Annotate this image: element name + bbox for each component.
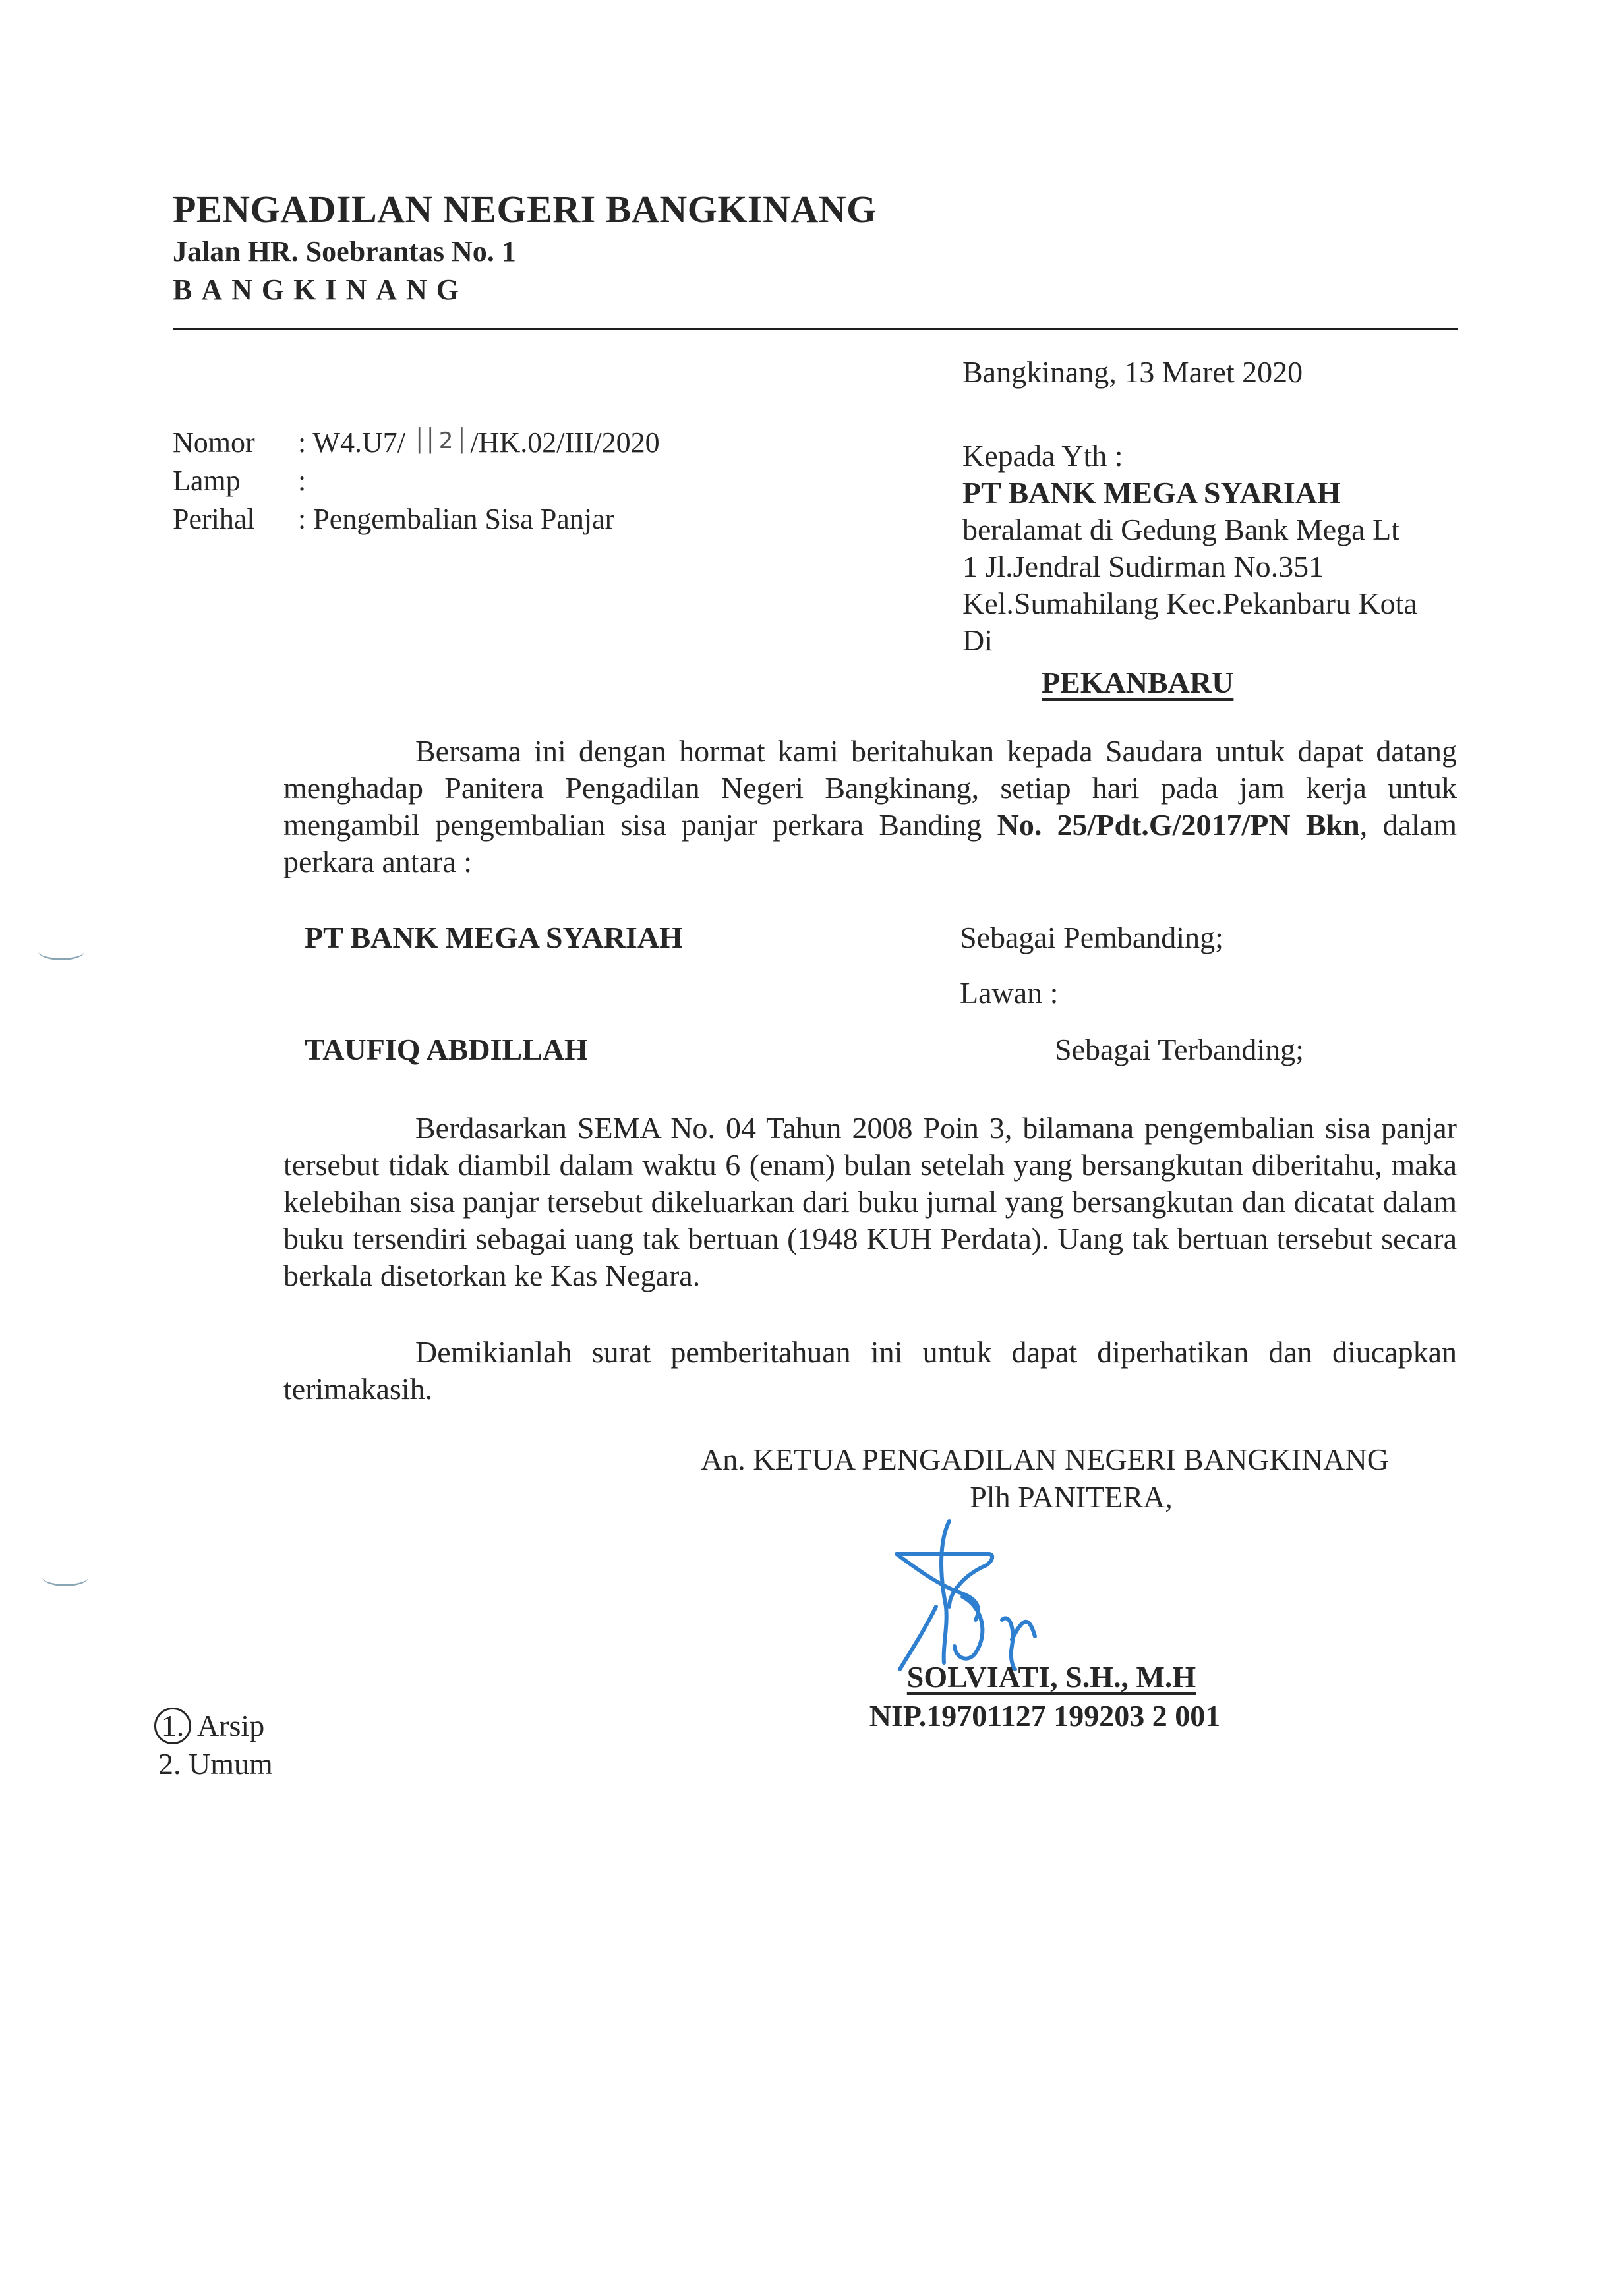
nomor-value: : W4.U7/ ││ 2 │ /HK.02/III/2020 <box>298 426 660 459</box>
copy-list-item: 2. Umum <box>158 1745 273 1783</box>
nomor-label: Nomor <box>173 426 298 459</box>
case-number: No. 25/Pdt.G/2017/PN Bkn <box>997 808 1360 842</box>
body-paragraph-2: Berdasarkan SEMA No. 04 Tahun 2008 Poin … <box>283 1110 1457 1294</box>
copy-list: 1. Arsip 2. Umum <box>158 1707 273 1783</box>
signature-position: Plh PANITERA, <box>659 1479 1430 1514</box>
party-respondent-role: Sebagai Terbanding; <box>1055 1032 1304 1067</box>
copy-item-label: Arsip <box>197 1709 264 1742</box>
paragraph-text: Demikianlah surat pemberitahuan ini untu… <box>283 1335 1457 1406</box>
recipient-city: PEKANBARU <box>1042 666 1233 699</box>
lamp-value: : <box>298 465 306 497</box>
recipient-name: PT BANK MEGA SYARIAH <box>962 474 1417 511</box>
institution-city: BANGKINANG <box>173 273 468 306</box>
body-paragraph-3: Demikianlah surat pemberitahuan ini untu… <box>283 1334 1457 1408</box>
copy-item-label: Umum <box>189 1747 273 1781</box>
lamp-label: Lamp <box>173 464 298 498</box>
lamp-row: Lamp: <box>173 464 306 498</box>
perihal-value: : Pengembalian Sisa Panjar <box>298 503 614 535</box>
copy-list-item: 1. Arsip <box>158 1707 273 1745</box>
signatory-name: SOLVIATI, S.H., M.H <box>659 1659 1430 1694</box>
recipient-address-line: Kel.Sumahilang Kec.Pekanbaru Kota <box>962 585 1417 622</box>
recipient-address-line: Di <box>962 622 1417 659</box>
place-date: Bangkinang, 13 Maret 2020 <box>962 355 1303 389</box>
signature-on-behalf: An. KETUA PENGADILAN NEGERI BANGKINANG <box>659 1442 1430 1477</box>
body-paragraph-1: Bersama ini dengan hormat kami beritahuk… <box>283 733 1457 880</box>
circled-number: 1. <box>154 1708 191 1744</box>
versus-label: Lawan : <box>960 975 1058 1010</box>
handwritten-letter-number: ││ 2 │ <box>413 428 470 454</box>
recipient-block: Kepada Yth : PT BANK MEGA SYARIAH berala… <box>962 438 1417 701</box>
party-respondent-name: TAUFIQ ABDILLAH <box>305 1032 588 1067</box>
party-appellant-name: PT BANK MEGA SYARIAH <box>305 920 683 955</box>
paragraph-text: Berdasarkan SEMA No. 04 Tahun 2008 Poin … <box>283 1111 1457 1292</box>
recipient-address-line: beralamat di Gedung Bank Mega Lt <box>962 511 1417 548</box>
party-appellant-role: Sebagai Pembanding; <box>960 920 1223 955</box>
perihal-row: Perihal: Pengembalian Sisa Panjar <box>173 502 614 536</box>
perihal-label: Perihal <box>173 502 298 536</box>
signature-block: An. KETUA PENGADILAN NEGERI BANGKINANG P… <box>659 1442 1430 1733</box>
nomor-row: Nomor: W4.U7/ ││ 2 │ /HK.02/III/2020 <box>173 426 660 459</box>
handwritten-signature-icon <box>877 1514 1088 1673</box>
letterhead-divider <box>173 328 1458 330</box>
recipient-address-line: 1 Jl.Jendral Sudirman No.351 <box>962 548 1417 585</box>
signatory-nip: NIP.19701127 199203 2 001 <box>659 1698 1430 1733</box>
punch-hole-mark <box>38 942 84 960</box>
copy-item-number: 2. <box>158 1747 181 1781</box>
recipient-salutation: Kepada Yth : <box>962 438 1417 474</box>
institution-name: PENGADILAN NEGERI BANGKINANG <box>173 187 877 231</box>
institution-address: Jalan HR. Soebrantas No. 1 <box>173 235 516 268</box>
punch-hole-mark <box>42 1568 88 1586</box>
